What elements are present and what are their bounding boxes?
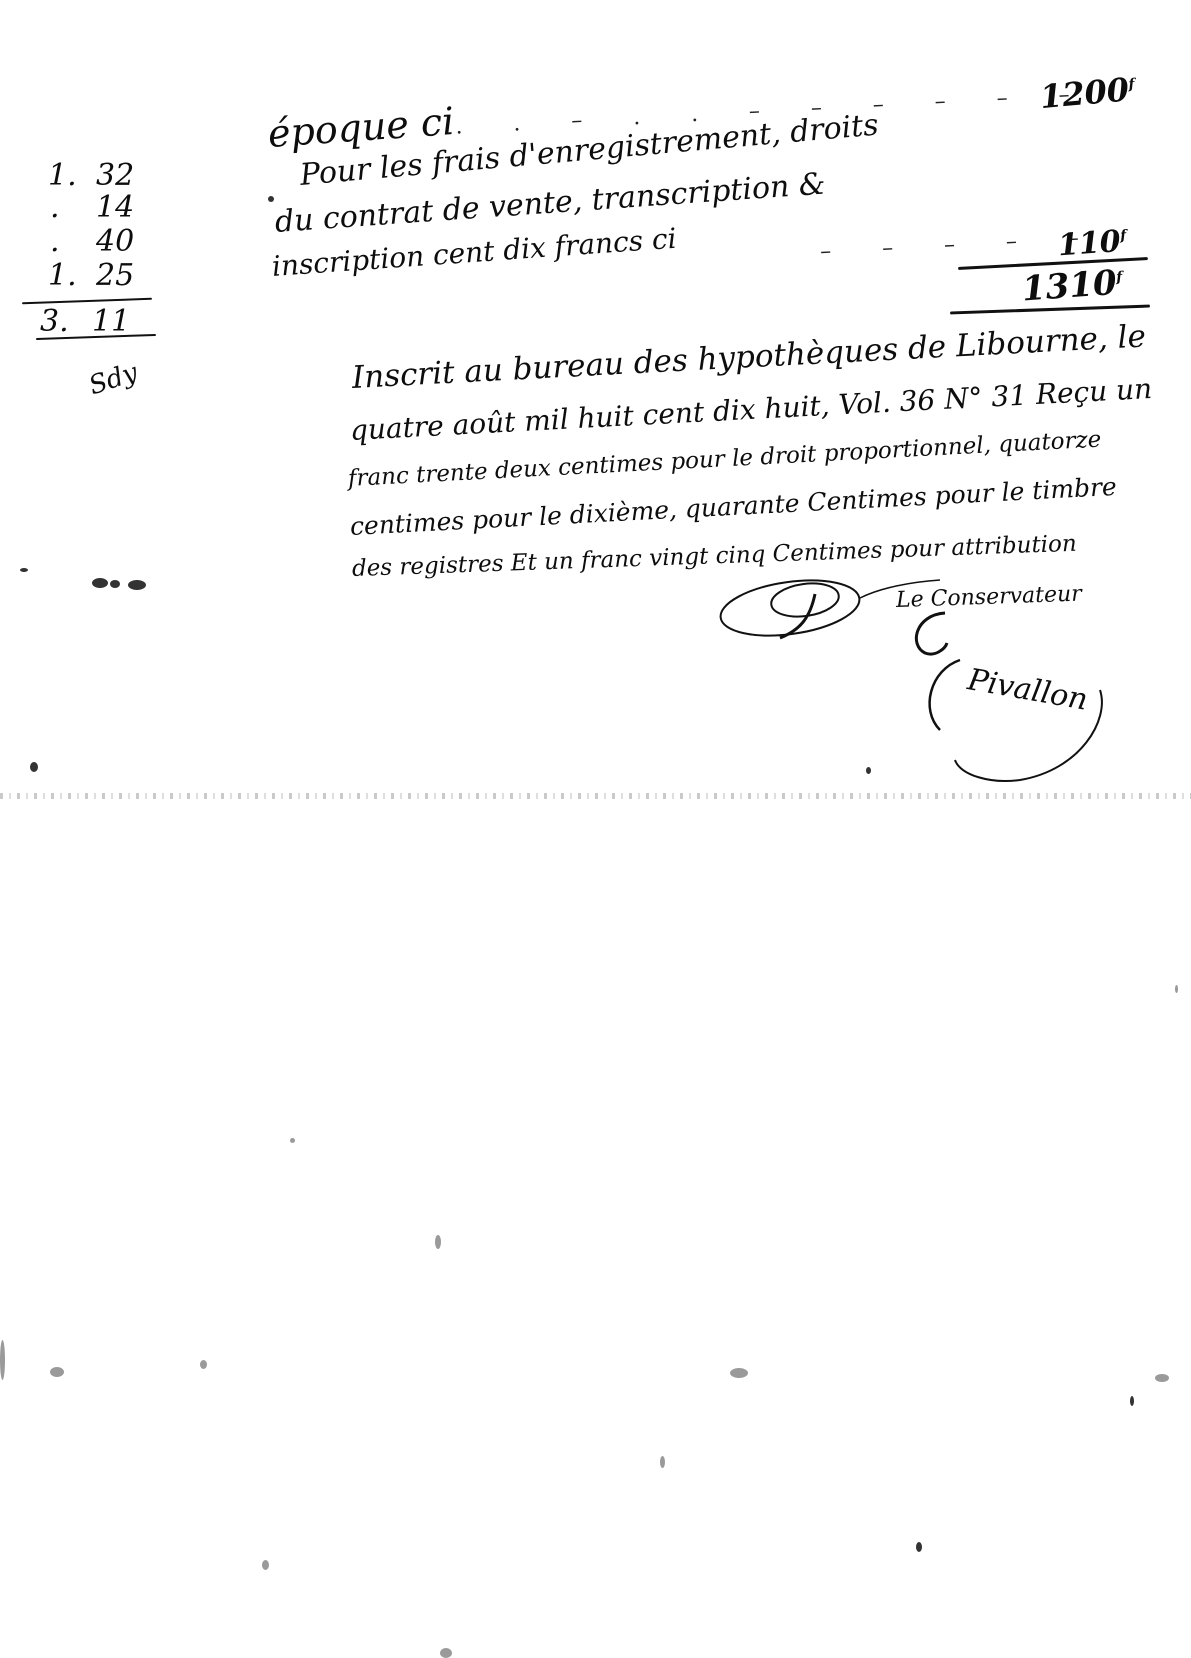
tally-row-2-centimes: 14	[96, 190, 134, 225]
amount-110-value: 110	[1057, 224, 1122, 263]
document-page: époque ci . . – . . – – – – – – 1200f Po…	[0, 0, 1191, 1658]
tally-total-centimes: 11	[92, 304, 130, 339]
margin-initials: Sdy	[85, 358, 141, 402]
tally-row-2-francs: .	[50, 190, 60, 225]
paper-fold-line	[0, 793, 1191, 799]
ink-dot	[866, 767, 871, 774]
bullet-dot	[268, 196, 274, 202]
tally-row-1-centimes: 32	[96, 158, 134, 193]
tally-row-4-francs: 1.	[48, 258, 77, 293]
amount-110: 110f	[1057, 224, 1128, 264]
amount-total-value: 1310	[1021, 263, 1118, 310]
tally-row-2: . 14	[50, 190, 60, 225]
tally-row-3-centimes: 40	[96, 224, 134, 259]
ink-dot	[30, 762, 38, 772]
tally-total: 3. 11	[40, 304, 69, 339]
tally-total-francs: 3.	[40, 304, 69, 339]
amount-1200-unit: f	[1128, 76, 1135, 92]
tally-row-4-centimes: 25	[96, 258, 134, 293]
amount-110-unit: f	[1120, 228, 1127, 244]
tally-row-3: . 40	[50, 224, 60, 259]
signature-underline-flourish-icon	[900, 640, 1120, 790]
tally-row-1-francs: 1.	[48, 158, 77, 193]
tally-row-4: 1. 25	[48, 258, 77, 293]
amount-total: 1310f	[1021, 263, 1124, 310]
amount-total-unit: f	[1116, 269, 1123, 285]
amount-1200: 1200f	[1039, 70, 1137, 116]
amount-1200-value: 1200	[1039, 70, 1131, 116]
tally-row-3-francs: .	[50, 224, 60, 259]
tally-row-1: 1. 32	[48, 158, 77, 193]
